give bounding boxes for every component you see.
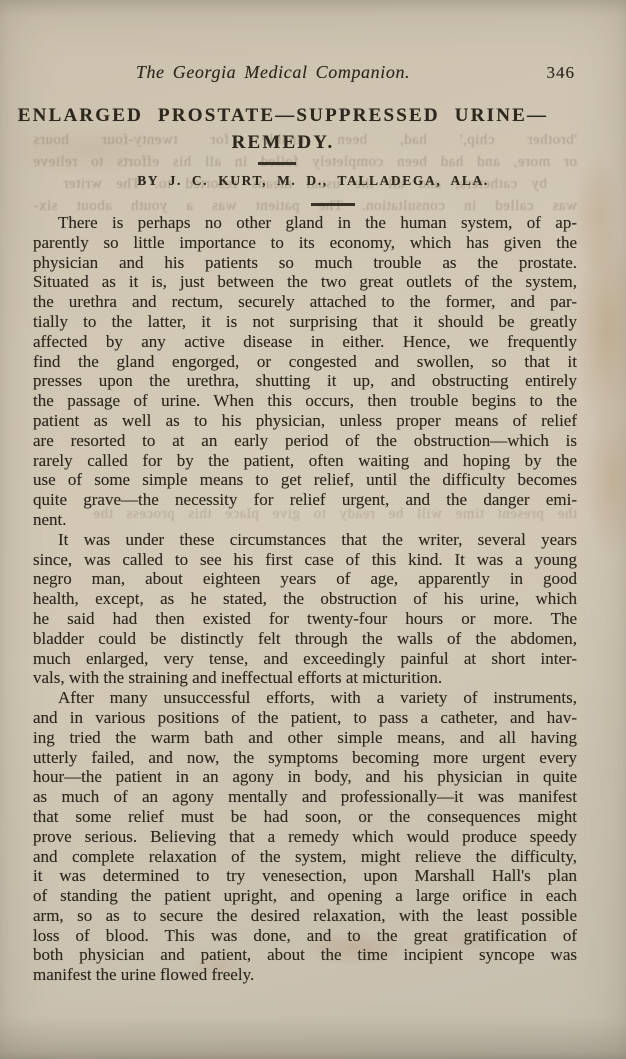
text-line: nent.: [33, 510, 577, 530]
text-line: hour—the patient in an agony in body, an…: [33, 767, 577, 787]
text-line: negro man, about eighteen years of age, …: [33, 569, 577, 589]
text-line: After many unsuccessful efforts, with a …: [33, 688, 577, 708]
journal-title: The Georgia Medical Companion.: [1, 62, 545, 83]
text-line: and complete relaxation of the system, m…: [33, 847, 577, 867]
text-line: much enlarged, very tense, and exceeding…: [33, 649, 577, 669]
text-line: the urethra and rectum, securely attache…: [33, 292, 577, 312]
text-line: Situated as it is, just between the two …: [33, 272, 577, 292]
text-line: both physician and patient, about the ti…: [33, 945, 577, 965]
running-head: The Georgia Medical Companion. 346: [33, 62, 577, 84]
text-line: that some relief must be had soon, or th…: [33, 807, 577, 827]
text-line: ing tried the warm bath and other simple…: [33, 728, 577, 748]
text-line: use of some simple means to get relief, …: [33, 470, 577, 490]
text-line: of standing the patient upright, and ope…: [33, 886, 577, 906]
article-body: There is perhaps no other gland in the h…: [33, 213, 577, 985]
text-line: affected by any active disease in either…: [33, 332, 577, 352]
paragraph: It was under these circumstances that th…: [33, 530, 577, 688]
text-line: prove serious. Believing that a remedy w…: [33, 827, 577, 847]
separator-rule-bottom: [311, 203, 355, 206]
text-line: manifest the urine flowed freely.: [33, 965, 577, 985]
text-line: it was determined to try venesection, up…: [33, 866, 577, 886]
text-line: physician and his patients so much troub…: [33, 253, 577, 273]
text-line: utterly failed, and now, the symptoms be…: [33, 748, 577, 768]
text-line: bladder could be distinctly felt through…: [33, 629, 577, 649]
text-line: and in various positions of the patient,…: [33, 708, 577, 728]
text-line: vals, with the straining and ineffectual…: [33, 668, 577, 688]
text-line: health, except, as he stated, the obstru…: [33, 589, 577, 609]
scanned-page: 'brother chip,' had, been unable for twe…: [0, 0, 626, 1059]
text-line: as much of an agony mentally and profess…: [33, 787, 577, 807]
text-line: There is perhaps no other gland in the h…: [33, 213, 577, 233]
text-line: find the gland engorged, or congested an…: [33, 352, 577, 372]
article-title-line-1: ENLARGED PROSTATE—SUPPRESSED URINE—: [11, 102, 555, 129]
text-line: he said had then existed for twenty-four…: [33, 609, 577, 629]
paragraph: After many unsuccessful efforts, with a …: [33, 688, 577, 985]
text-line: loss of blood. This was done, and to the…: [33, 926, 577, 946]
text-line: parently so little importance to its eco…: [33, 233, 577, 253]
text-line: since, was called to see his first case …: [33, 550, 577, 570]
page-number: 346: [547, 63, 576, 83]
bleedthrough-text-line: or more, and had been completely foiled …: [33, 154, 577, 171]
text-line: rarely called for by the patient, often …: [33, 451, 577, 471]
text-line: tially to the latter, it is not surprisi…: [33, 312, 577, 332]
text-line: It was under these circumstances that th…: [33, 530, 577, 550]
byline: BY J. C. KURT, M. D., TALLADEGA, ALA.: [41, 173, 585, 189]
text-line: patient as well as to his physician, unl…: [33, 411, 577, 431]
text-line: presses upon the urethra, shutting it up…: [33, 371, 577, 391]
text-line: are resorted to at an early period of th…: [33, 431, 577, 451]
article-title-line-2: REMEDY.: [11, 129, 555, 156]
paragraph: There is perhaps no other gland in the h…: [33, 213, 577, 530]
separator-rule-top: [258, 162, 296, 165]
text-line: arm, so as to secure the desired relaxat…: [33, 906, 577, 926]
article-title: ENLARGED PROSTATE—SUPPRESSED URINE— REME…: [11, 102, 555, 156]
text-line: the passage of urine. When this occurs, …: [33, 391, 577, 411]
text-line: quite grave—the necessity for relief urg…: [33, 490, 577, 510]
